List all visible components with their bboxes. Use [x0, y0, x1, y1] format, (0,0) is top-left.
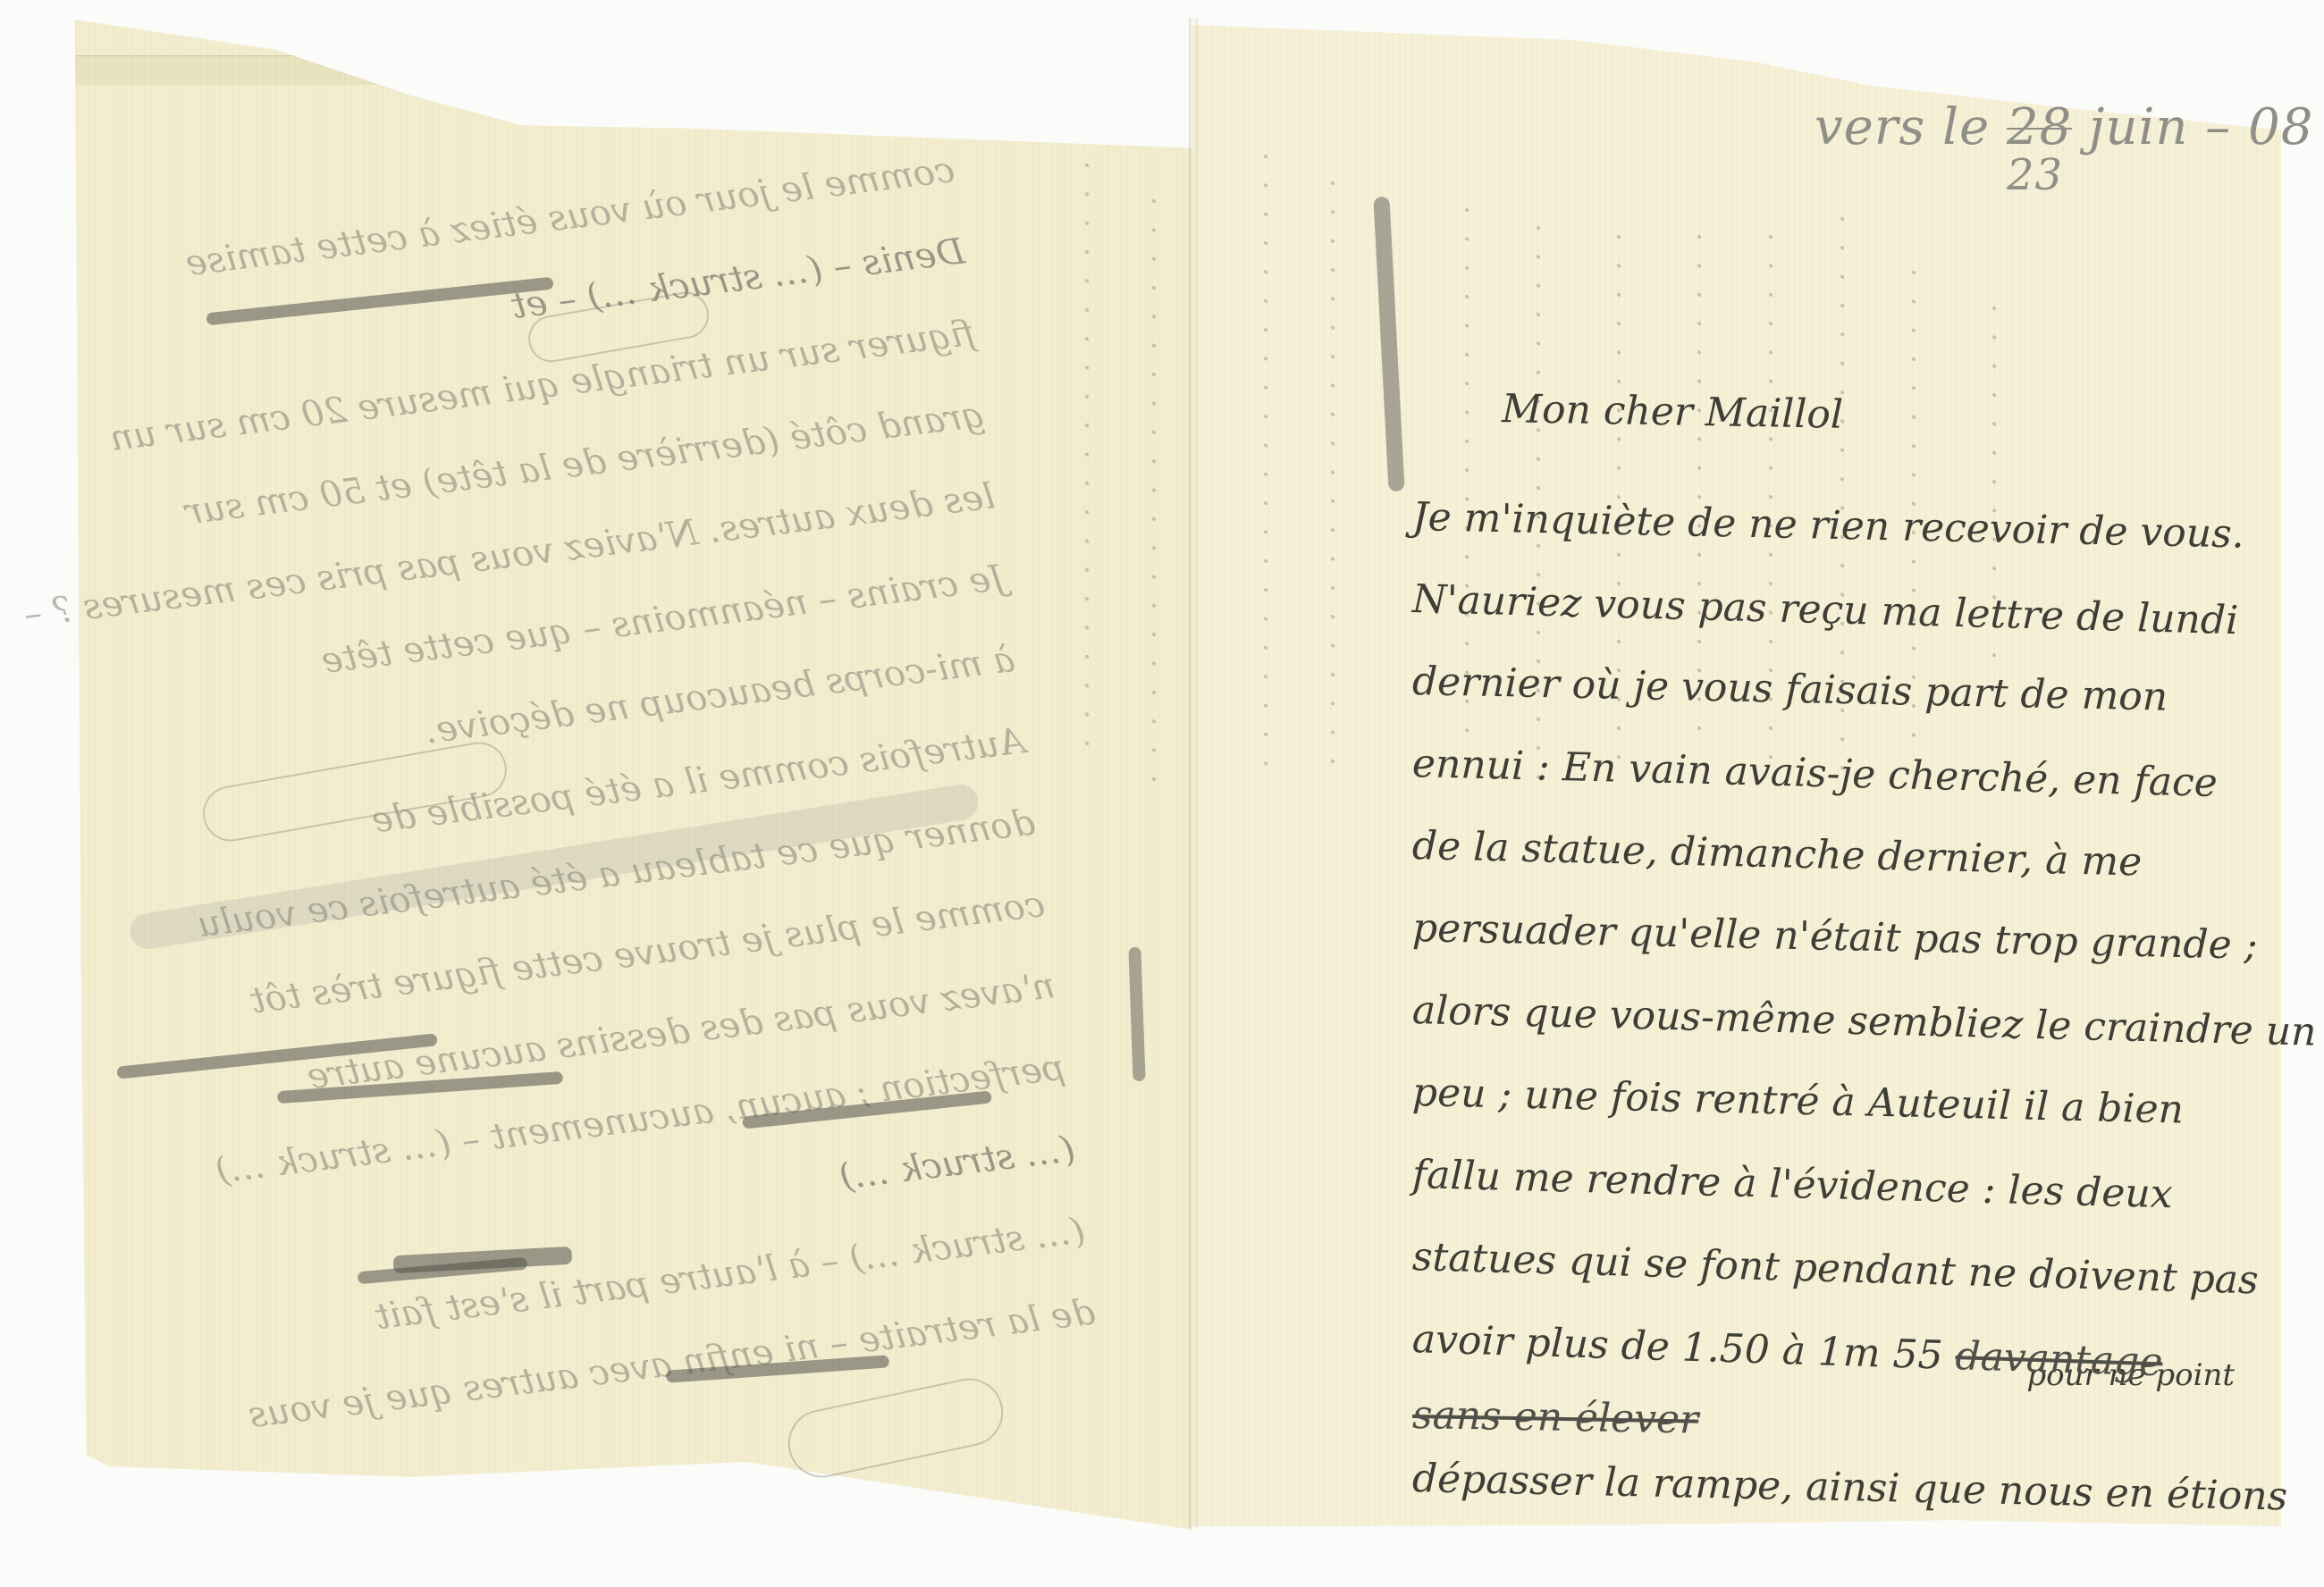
- vertical-bleed-column: · · · · · · · · · · · · · · · · · · · · …: [1068, 161, 1104, 1144]
- vertical-bleed-column: · · · · · · · · · · · · · · · · · · · · …: [1247, 152, 1283, 1403]
- struck-phrase: sans en élever: [1412, 1392, 1699, 1443]
- vertical-bleed-column: · · · · · · · · · · · · · · · · · · · · …: [1314, 179, 1350, 1340]
- vertical-bleed-column: · · · · · · · · · · · · · · · · · · · · …: [1135, 197, 1171, 1269]
- date-prefix: vers le: [1815, 98, 1990, 156]
- date-year: 08: [2248, 98, 2313, 156]
- center-fold: [1189, 18, 1198, 1528]
- date-day-corrected: 23: [2007, 150, 2063, 200]
- date-month: juin: [2089, 98, 2188, 156]
- salutation: Mon cher Maillol: [1502, 386, 2307, 446]
- struck-word: davantage: [1955, 1333, 2163, 1385]
- date-annotation: vers le 28 23 juin – 08: [1815, 98, 2313, 156]
- date-day: 28 23: [2007, 98, 2072, 156]
- left-page-fold-band: [75, 55, 1192, 85]
- date-separator: –: [2205, 98, 2231, 156]
- letter-line-text: avoir plus de 1.50 à 1m 55: [1411, 1316, 1943, 1379]
- letter-body: Mon cher Maillol Je m'inquiète de ne rie…: [1412, 393, 2306, 1520]
- date-day-struck: 28: [2007, 98, 2072, 156]
